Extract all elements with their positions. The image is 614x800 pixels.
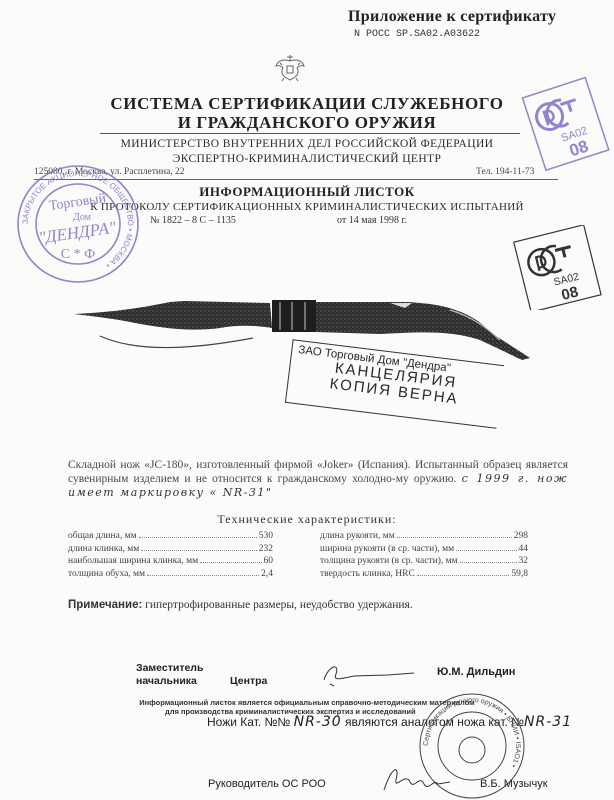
analog-catalog-2: NR-31 bbox=[524, 714, 572, 730]
spec-row: наибольшая ширина клинка, мм60 bbox=[68, 555, 273, 568]
spec-label: толщина обуха, мм bbox=[68, 568, 145, 581]
spec-value: 530 bbox=[259, 530, 273, 543]
protocol-date: от 14 мая 1998 г. bbox=[337, 215, 407, 226]
spec-label: длина клинка, мм bbox=[68, 543, 139, 556]
stamp-ring-text: Сертификации ручного оружия • ВНИИ • ISA… bbox=[423, 697, 521, 769]
info-sheet-subtitle: К ПРОТОКОЛУ СЕРТИФИКАЦИОННЫХ КРИМИНАЛИСТ… bbox=[0, 201, 614, 213]
spec-value: 232 bbox=[259, 543, 273, 556]
spec-row: толщина рукояти (в ср. части), мм32 bbox=[320, 555, 528, 568]
certificate-number: N РОСС SP.SA02.A03622 bbox=[354, 29, 480, 40]
info-sheet-title: ИНФОРМАЦИОННЫЙ ЛИСТОК bbox=[0, 184, 614, 200]
deputy-signature bbox=[318, 660, 418, 688]
spec-label: твердость клинка, HRC bbox=[320, 568, 415, 581]
spec-row: толщина обуха, мм2,4 bbox=[68, 568, 273, 581]
spec-value: 44 bbox=[519, 543, 529, 556]
note-label: Примечание: bbox=[68, 599, 142, 611]
rst-mark-number: 08 bbox=[560, 283, 580, 304]
spec-row: твердость клинка, HRC59,8 bbox=[320, 568, 528, 581]
analog-prefix: Ножи Кат. №№ bbox=[207, 715, 290, 729]
protocol-number: № 1822 – 8 С – 1135 bbox=[150, 215, 236, 226]
spec-row: длина рукояти, мм298 bbox=[320, 530, 528, 543]
deputy-title-line2: начальника bbox=[136, 675, 203, 688]
knife-description: Складной нож «JC-180», изготовленный фир… bbox=[68, 458, 568, 500]
analog-catalog-1: NR-30 bbox=[294, 714, 342, 730]
deputy-title: Заместитель начальника bbox=[136, 662, 203, 688]
company-round-stamp: ЗАКРЫТОЕ АКЦИОНЕРНОЕ ОБЩЕСТВО • МОСКВА •… bbox=[12, 162, 144, 287]
specs-left-column: общая длина, мм530 длина клинка, мм232 н… bbox=[68, 530, 273, 580]
appendix-title: Приложение к сертификату bbox=[348, 8, 556, 26]
coat-of-arms-icon bbox=[272, 52, 308, 84]
center-name: ЭКСПЕРТНО-КРИМИНАЛИСТИЧЕСКИЙ ЦЕНТР bbox=[0, 152, 614, 167]
spec-label: общая длина, мм bbox=[68, 530, 137, 543]
spec-value: 2,4 bbox=[261, 568, 273, 581]
divider bbox=[100, 133, 520, 134]
analog-statement: Ножи Кат. №№ NR-30 являются аналогом нож… bbox=[207, 714, 572, 730]
spec-value: 60 bbox=[264, 555, 274, 568]
head-signature bbox=[380, 760, 470, 796]
center-label: Центра bbox=[230, 675, 267, 687]
note: Примечание: гипертрофированные размеры, … bbox=[68, 599, 413, 611]
spec-value: 298 bbox=[514, 530, 528, 543]
system-title-line2: И ГРАЖДАНСКОГО ОРУЖИЯ bbox=[0, 113, 614, 132]
spec-row: длина клинка, мм232 bbox=[68, 543, 273, 556]
ministry-block: МИНИСТЕРСТВО ВНУТРЕННИХ ДЕЛ РОССИЙСКОЙ Ф… bbox=[0, 137, 614, 167]
svg-text:Сертификации ручного оружия •: Сертификации ручного оружия • ВНИИ • ISA… bbox=[423, 697, 521, 769]
ministry-name: МИНИСТЕРСТВО ВНУТРЕННИХ ДЕЛ РОССИЙСКОЙ Ф… bbox=[0, 137, 614, 152]
spec-label: длина рукояти, мм bbox=[320, 530, 395, 543]
specs-title: Технические характеристики: bbox=[0, 512, 614, 527]
note-text: гипертрофированные размеры, неудобство у… bbox=[145, 599, 413, 611]
deputy-name: Ю.М. Дильдин bbox=[437, 666, 515, 678]
system-title: СИСТЕМА СЕРТИФИКАЦИИ СЛУЖЕБНОГО И ГРАЖДА… bbox=[0, 94, 614, 132]
spec-row: общая длина, мм530 bbox=[68, 530, 273, 543]
head-name: В.Б. Музычук bbox=[480, 778, 548, 790]
spec-label: наибольшая ширина клинка, мм bbox=[68, 555, 198, 568]
analog-middle: являются аналогом ножа кат. № bbox=[345, 715, 524, 729]
spec-value: 32 bbox=[519, 555, 529, 568]
head-title: Руководитель ОС РОО bbox=[208, 778, 326, 790]
stamp-line2: Дом bbox=[73, 212, 92, 223]
deputy-title-line1: Заместитель bbox=[136, 662, 203, 675]
spec-label: толщина рукояти (в ср. части), мм bbox=[320, 555, 458, 568]
specs-right-column: длина рукояти, мм298 ширина рукояти (в с… bbox=[320, 530, 528, 580]
stamp-line3: "ДЕНДРА" bbox=[37, 218, 118, 248]
footnote-line1: Информационный листок является официальн… bbox=[0, 698, 614, 707]
stamp-line4: С * Ф bbox=[61, 247, 95, 262]
system-title-line1: СИСТЕМА СЕРТИФИКАЦИИ СЛУЖЕБНОГО bbox=[0, 94, 614, 113]
phone: Тел. 194-11-73 bbox=[476, 167, 534, 177]
spec-row: ширина рукояти (в ср. части), мм44 bbox=[320, 543, 528, 556]
address: 125080, г. Москва, ул. Расплетина, 22 bbox=[34, 167, 185, 177]
spec-value: 59,8 bbox=[511, 568, 528, 581]
rst-mark-code: SA02 bbox=[552, 271, 580, 289]
spec-label: ширина рукояти (в ср. части), мм bbox=[320, 543, 454, 556]
divider bbox=[34, 179, 558, 180]
